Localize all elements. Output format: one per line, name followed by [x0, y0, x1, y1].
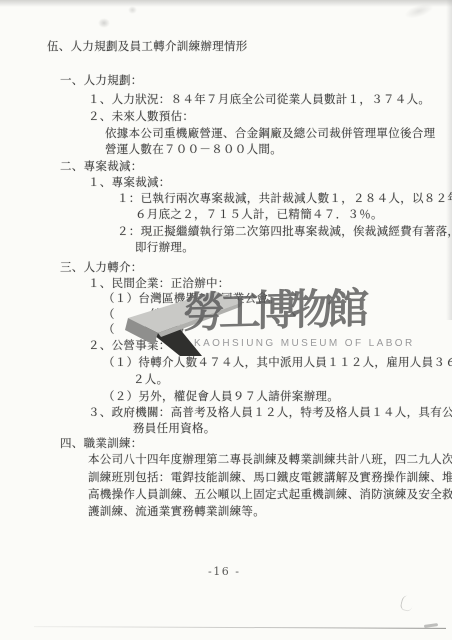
page-number: -16 - [208, 565, 240, 578]
line-future-estimate-1: 依據本公司重機廠營運、合金鋼廠及總公司裁併管理單位後合理 [105, 127, 435, 140]
scan-smudge [399, 595, 414, 612]
line-manpower-status: １、人力狀況：８４年７月底全公司從業人員數計１，３７４人。 [88, 93, 430, 106]
scan-smudge [98, 18, 110, 28]
line-public-item-1b: ２人。 [133, 373, 168, 386]
line-training-1: 本公司八十四年度辦理第二專長訓練及轉業訓練共計八班，四二九人次。 [88, 453, 452, 466]
line-government-b: 務員任用資格。 [133, 422, 216, 435]
line-future-estimate: ２、未來人數預估： [88, 110, 194, 123]
title-line: 伍、人力規劃及員工轉介訓練辦理情形 [47, 40, 248, 53]
line-layoff-2a: ２：現正擬繼續執行第二次第四批專案裁減，俟裁減經費有著落， [117, 225, 452, 238]
line-layoff-2b: 即行辦理。 [135, 241, 194, 254]
line-layoff-heading: １、專案裁減： [88, 176, 171, 189]
scanned-document-page: 伍、人力規劃及員工轉介訓練辦理情形 一、人力規劃： １、人力狀況：８４年７月底全… [0, 0, 452, 640]
line-training-3: 高機操作人員訓練、五公噸以上固定式起重機訓練、消防演練及安全救 [88, 488, 452, 501]
line-future-estimate-2: 營運人數在７００－８００人間。 [105, 143, 282, 156]
watermark-english-title: KAOHSIUNG MUSEUM OF LABOR [194, 338, 415, 349]
section-3-heading: 三、人力轉介： [60, 261, 143, 274]
section-4-heading: 四、職業訓練： [60, 437, 143, 450]
line-public-item-2: （２）另外，權促會人員９７人請併案辦理。 [103, 390, 339, 403]
section-2-heading: 二、專案裁減： [60, 160, 143, 173]
line-training-2: 訓練班別包括：電銲技能訓練、馬口鐵皮電鍍講解及實務操作訓練、堆 [88, 471, 452, 484]
line-layoff-1b: ６月底之２，７１５人計，已精簡４７．３％。 [135, 208, 383, 221]
line-layoff-1a: １：已執行兩次專案裁減，共計裁減人數１，２８４人，以８２年 [117, 192, 452, 205]
scan-edge-shadow-right [446, 0, 452, 320]
line-government-a: ３、政府機關：高普考及格人員１２人，特考及格人員１４人，具有公 [88, 406, 452, 419]
scan-line-artifact [34, 626, 446, 629]
scan-smudge [128, 6, 137, 14]
line-training-4: 護訓練、流通業實務轉業訓練等。 [88, 505, 265, 518]
section-1-heading: 一、人力規劃： [60, 74, 143, 87]
scan-edge-shadow-top [0, 0, 452, 7]
watermark-chinese-title: 勞工博物館 [183, 276, 363, 341]
